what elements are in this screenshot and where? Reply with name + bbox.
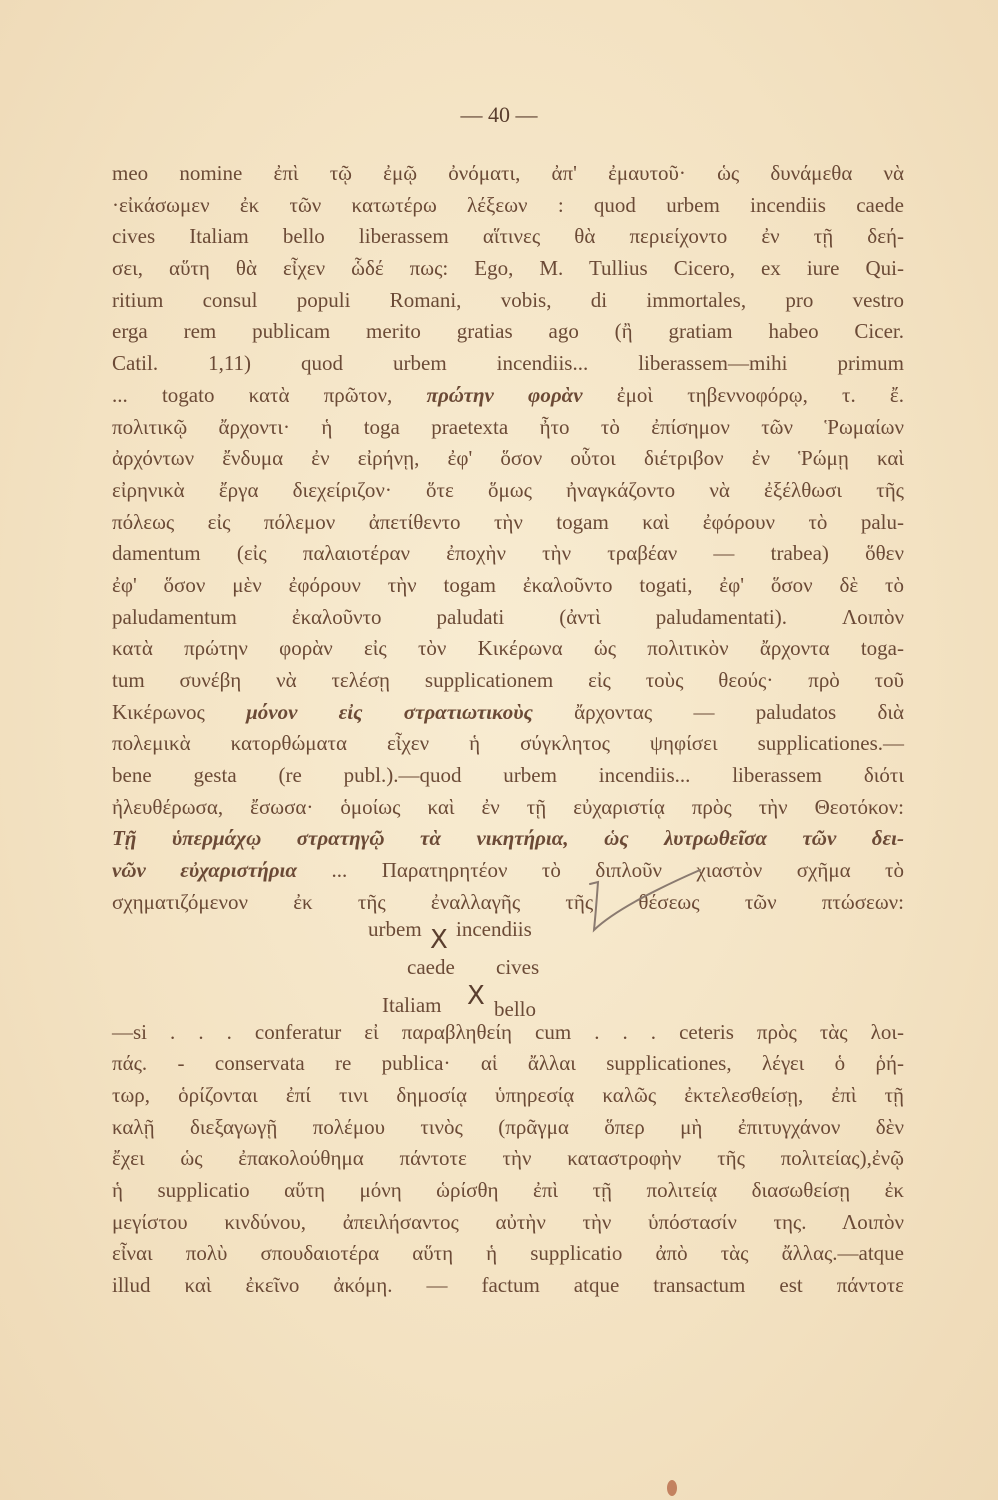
text-line: cives Italiam bello liberassem αἵτινες θ…: [112, 221, 904, 253]
text-run: ἐμοὶ τηβεννοφόρῳ, τ. ἔ.: [583, 383, 904, 407]
page-number: — 40 —: [0, 102, 998, 128]
text-run: ... togato κατὰ πρῶτον,: [112, 383, 427, 407]
text-line: ·εἰκάσωμεν ἐκ τῶν κατωτέρω λέξεων : quod…: [112, 190, 904, 222]
text-run: πρώτην φορὰν: [427, 383, 583, 407]
text-run: κατὰ πρώτην φορὰν εἰς τὸν Κικέρωνα ὡς πο…: [112, 636, 904, 660]
text-line: τωρ, ὁρίζονται ἐπί τινι δημοσίᾳ ὑπηρεσίᾳ…: [112, 1080, 904, 1112]
text-run: ἠλευθέρωσα, ἔσωσα· ὁμοίως καὶ ἐν τῇ εὐχα…: [112, 795, 904, 819]
text-run: πολιτικῷ ἄρχοντι· ἡ toga praetexta ἦτο τ…: [112, 415, 904, 439]
text-line: erga rem publicam merito gratias ago (ἢ …: [112, 316, 904, 348]
text-line: illud καὶ ἐκεῖνο ἀκόμη. — factum atque t…: [112, 1270, 904, 1302]
text-run: ·εἰκάσωμεν ἐκ τῶν κατωτέρω λέξεων : quod…: [112, 193, 904, 217]
text-run: cives Italiam bello liberassem αἵτινες θ…: [112, 224, 904, 248]
text-run: Κικέρωνος: [112, 700, 246, 724]
text-line: πολεμικὰ κατορθώματα εἶχεν ἡ σύγκλητος ψ…: [112, 728, 904, 760]
ink-stain: [667, 1480, 677, 1496]
text-run: εἶναι πολὺ σπουδαιοτέρα αὕτη ἡ supplicat…: [112, 1241, 904, 1265]
text-run: σει, αὕτη θὰ εἶχεν ὧδέ πως: Ego, M. Tull…: [112, 256, 904, 280]
text-run: ἀρχόντων ἔνδυμα ἐν εἰρήνῃ, ἐφ' ὅσον οὗτο…: [112, 446, 904, 470]
chiasmus-word: Italiam: [382, 993, 441, 1018]
chiasmus-word: urbem: [368, 917, 422, 942]
text-run: πάς. - conservata re publica· αἱ ἄλλαι s…: [112, 1051, 904, 1075]
text-line: σει, αὕτη θὰ εἶχεν ὧδέ πως: Ego, M. Tull…: [112, 253, 904, 285]
body-text: meo nomine ἐπὶ τῷ ἐμῷ ὀνόματι, ἀπ' ἐμαυτ…: [112, 158, 904, 1302]
text-line: πόλεως εἰς πόλεμον ἀπετίθεντο τὴν togam …: [112, 507, 904, 539]
text-run: νῶν εὐχαριστήρια: [112, 858, 297, 882]
text-run: meo nomine ἐπὶ τῷ ἐμῷ ὀνόματι, ἀπ' ἐμαυτ…: [112, 161, 904, 185]
text-run: tum συνέβη νὰ τελέσῃ supplicationem εἰς …: [112, 668, 904, 692]
text-line: bene gesta (re publ.).—quod urbem incend…: [112, 760, 904, 792]
paragraph-before-scheme: meo nomine ἐπὶ τῷ ἐμῷ ὀνόματι, ἀπ' ἐμαυτ…: [112, 158, 904, 919]
text-run: damentum (εἰς παλαιοτέραν ἐποχὴν τὴν τρα…: [112, 541, 904, 565]
text-line: tum συνέβη νὰ τελέσῃ supplicationem εἰς …: [112, 665, 904, 697]
text-line: μεγίστου κινδύνου, ἀπειλήσαντος αὐτὴν τὴ…: [112, 1207, 904, 1239]
text-run: ἔχει ὡς ἐπακολούθημα πάντοτε τὴν καταστρ…: [112, 1146, 904, 1170]
pencil-checkmark-icon: [470, 860, 710, 970]
paragraph-after-scheme: —si . . . conferatur εἰ παραβληθείη cum …: [112, 1017, 904, 1302]
text-line: πολιτικῷ ἄρχοντι· ἡ toga praetexta ἦτο τ…: [112, 412, 904, 444]
text-run: paludamentum ἐκαλοῦντο paludati (ἀντὶ pa…: [112, 605, 904, 629]
text-run: πόλεως εἰς πόλεμον ἀπετίθεντο τὴν togam …: [112, 510, 904, 534]
text-line: πάς. - conservata re publica· αἱ ἄλλαι s…: [112, 1048, 904, 1080]
text-run: erga rem publicam merito gratias ago (ἢ …: [112, 319, 904, 343]
text-line: ἠλευθέρωσα, ἔσωσα· ὁμοίως καὶ ἐν τῇ εὐχα…: [112, 792, 904, 824]
text-line: Catil. 1,11) quod urbem incendiis... lib…: [112, 348, 904, 380]
text-line: ἡ supplicatio αὕτη μόνη ὡρίσθη ἐπὶ τῇ πο…: [112, 1175, 904, 1207]
text-line: ... togato κατὰ πρῶτον, πρώτην φορὰν ἐμο…: [112, 380, 904, 412]
text-line: εἰρηνικὰ ἔργα διεχείριζον· ὅτε ὅμως ἠναγ…: [112, 475, 904, 507]
text-line: ἀρχόντων ἔνδυμα ἐν εἰρήνῃ, ἐφ' ὅσον οὗτο…: [112, 443, 904, 475]
text-run: εἰρηνικὰ ἔργα διεχείριζον· ὅτε ὅμως ἠναγ…: [112, 478, 904, 502]
text-line: Κικέρωνος μόνον εἰς στρατιωτικοὺς ἄρχοντ…: [112, 697, 904, 729]
text-run: ἡ supplicatio αὕτη μόνη ὡρίσθη ἐπὶ τῇ πο…: [112, 1178, 904, 1202]
text-run: illud καὶ ἐκεῖνο ἀκόμη. — factum atque t…: [112, 1273, 904, 1297]
text-run: bene gesta (re publ.).—quod urbem incend…: [112, 763, 904, 787]
text-run: μόνον εἰς στρατιωτικοὺς: [246, 700, 533, 724]
text-run: μεγίστου κινδύνου, ἀπειλήσαντος αὐτὴν τὴ…: [112, 1210, 904, 1234]
text-run: ἐφ' ὅσον μὲν ἐφόρουν τὴν togam ἐκαλοῦντο…: [112, 573, 904, 597]
text-run: ritium consul populi Romani, vobis, di i…: [112, 288, 904, 312]
text-line: paludamentum ἐκαλοῦντο paludati (ἀντὶ pa…: [112, 602, 904, 634]
text-run: καλῇ διεξαγωγῇ πολέμου τινὸς (πρᾶγμα ὅπε…: [112, 1115, 904, 1139]
text-line: ἔχει ὡς ἐπακολούθημα πάντοτε τὴν καταστρ…: [112, 1143, 904, 1175]
text-run: —si . . . conferatur εἰ παραβληθείη cum …: [112, 1020, 904, 1044]
text-line: ἐφ' ὅσον μὲν ἐφόρουν τὴν togam ἐκαλοῦντο…: [112, 570, 904, 602]
text-run: Τῇ ὑπερμάχῳ στρατηγῷ τὰ νικητήρια, ὡς λυ…: [112, 826, 904, 850]
text-run: πολεμικὰ κατορθώματα εἶχεν ἡ σύγκλητος ψ…: [112, 731, 904, 755]
text-run: τωρ, ὁρίζονται ἐπί τινι δημοσίᾳ ὑπηρεσίᾳ…: [112, 1083, 904, 1107]
chiasmus-word: bello: [494, 997, 536, 1022]
text-run: Catil. 1,11) quod urbem incendiis... lib…: [112, 351, 904, 375]
text-line: κατὰ πρώτην φορὰν εἰς τὸν Κικέρωνα ὡς πο…: [112, 633, 904, 665]
text-line: Τῇ ὑπερμάχῳ στρατηγῷ τὰ νικητήρια, ὡς λυ…: [112, 823, 904, 855]
text-run: ἄρχοντας — paludatos διὰ: [533, 700, 904, 724]
chiasmus-word: caede: [407, 955, 455, 980]
text-line: damentum (εἰς παλαιοτέραν ἐποχὴν τὴν τρα…: [112, 538, 904, 570]
text-line: καλῇ διεξαγωγῇ πολέμου τινὸς (πρᾶγμα ὅπε…: [112, 1112, 904, 1144]
text-line: εἶναι πολὺ σπουδαιοτέρα αὕτη ἡ supplicat…: [112, 1238, 904, 1270]
text-line: ritium consul populi Romani, vobis, di i…: [112, 285, 904, 317]
text-line: meo nomine ἐπὶ τῷ ἐμῷ ὀνόματι, ἀπ' ἐμαυτ…: [112, 158, 904, 190]
cross-mark-icon: X: [430, 925, 448, 955]
cross-mark-icon: X: [467, 981, 485, 1011]
